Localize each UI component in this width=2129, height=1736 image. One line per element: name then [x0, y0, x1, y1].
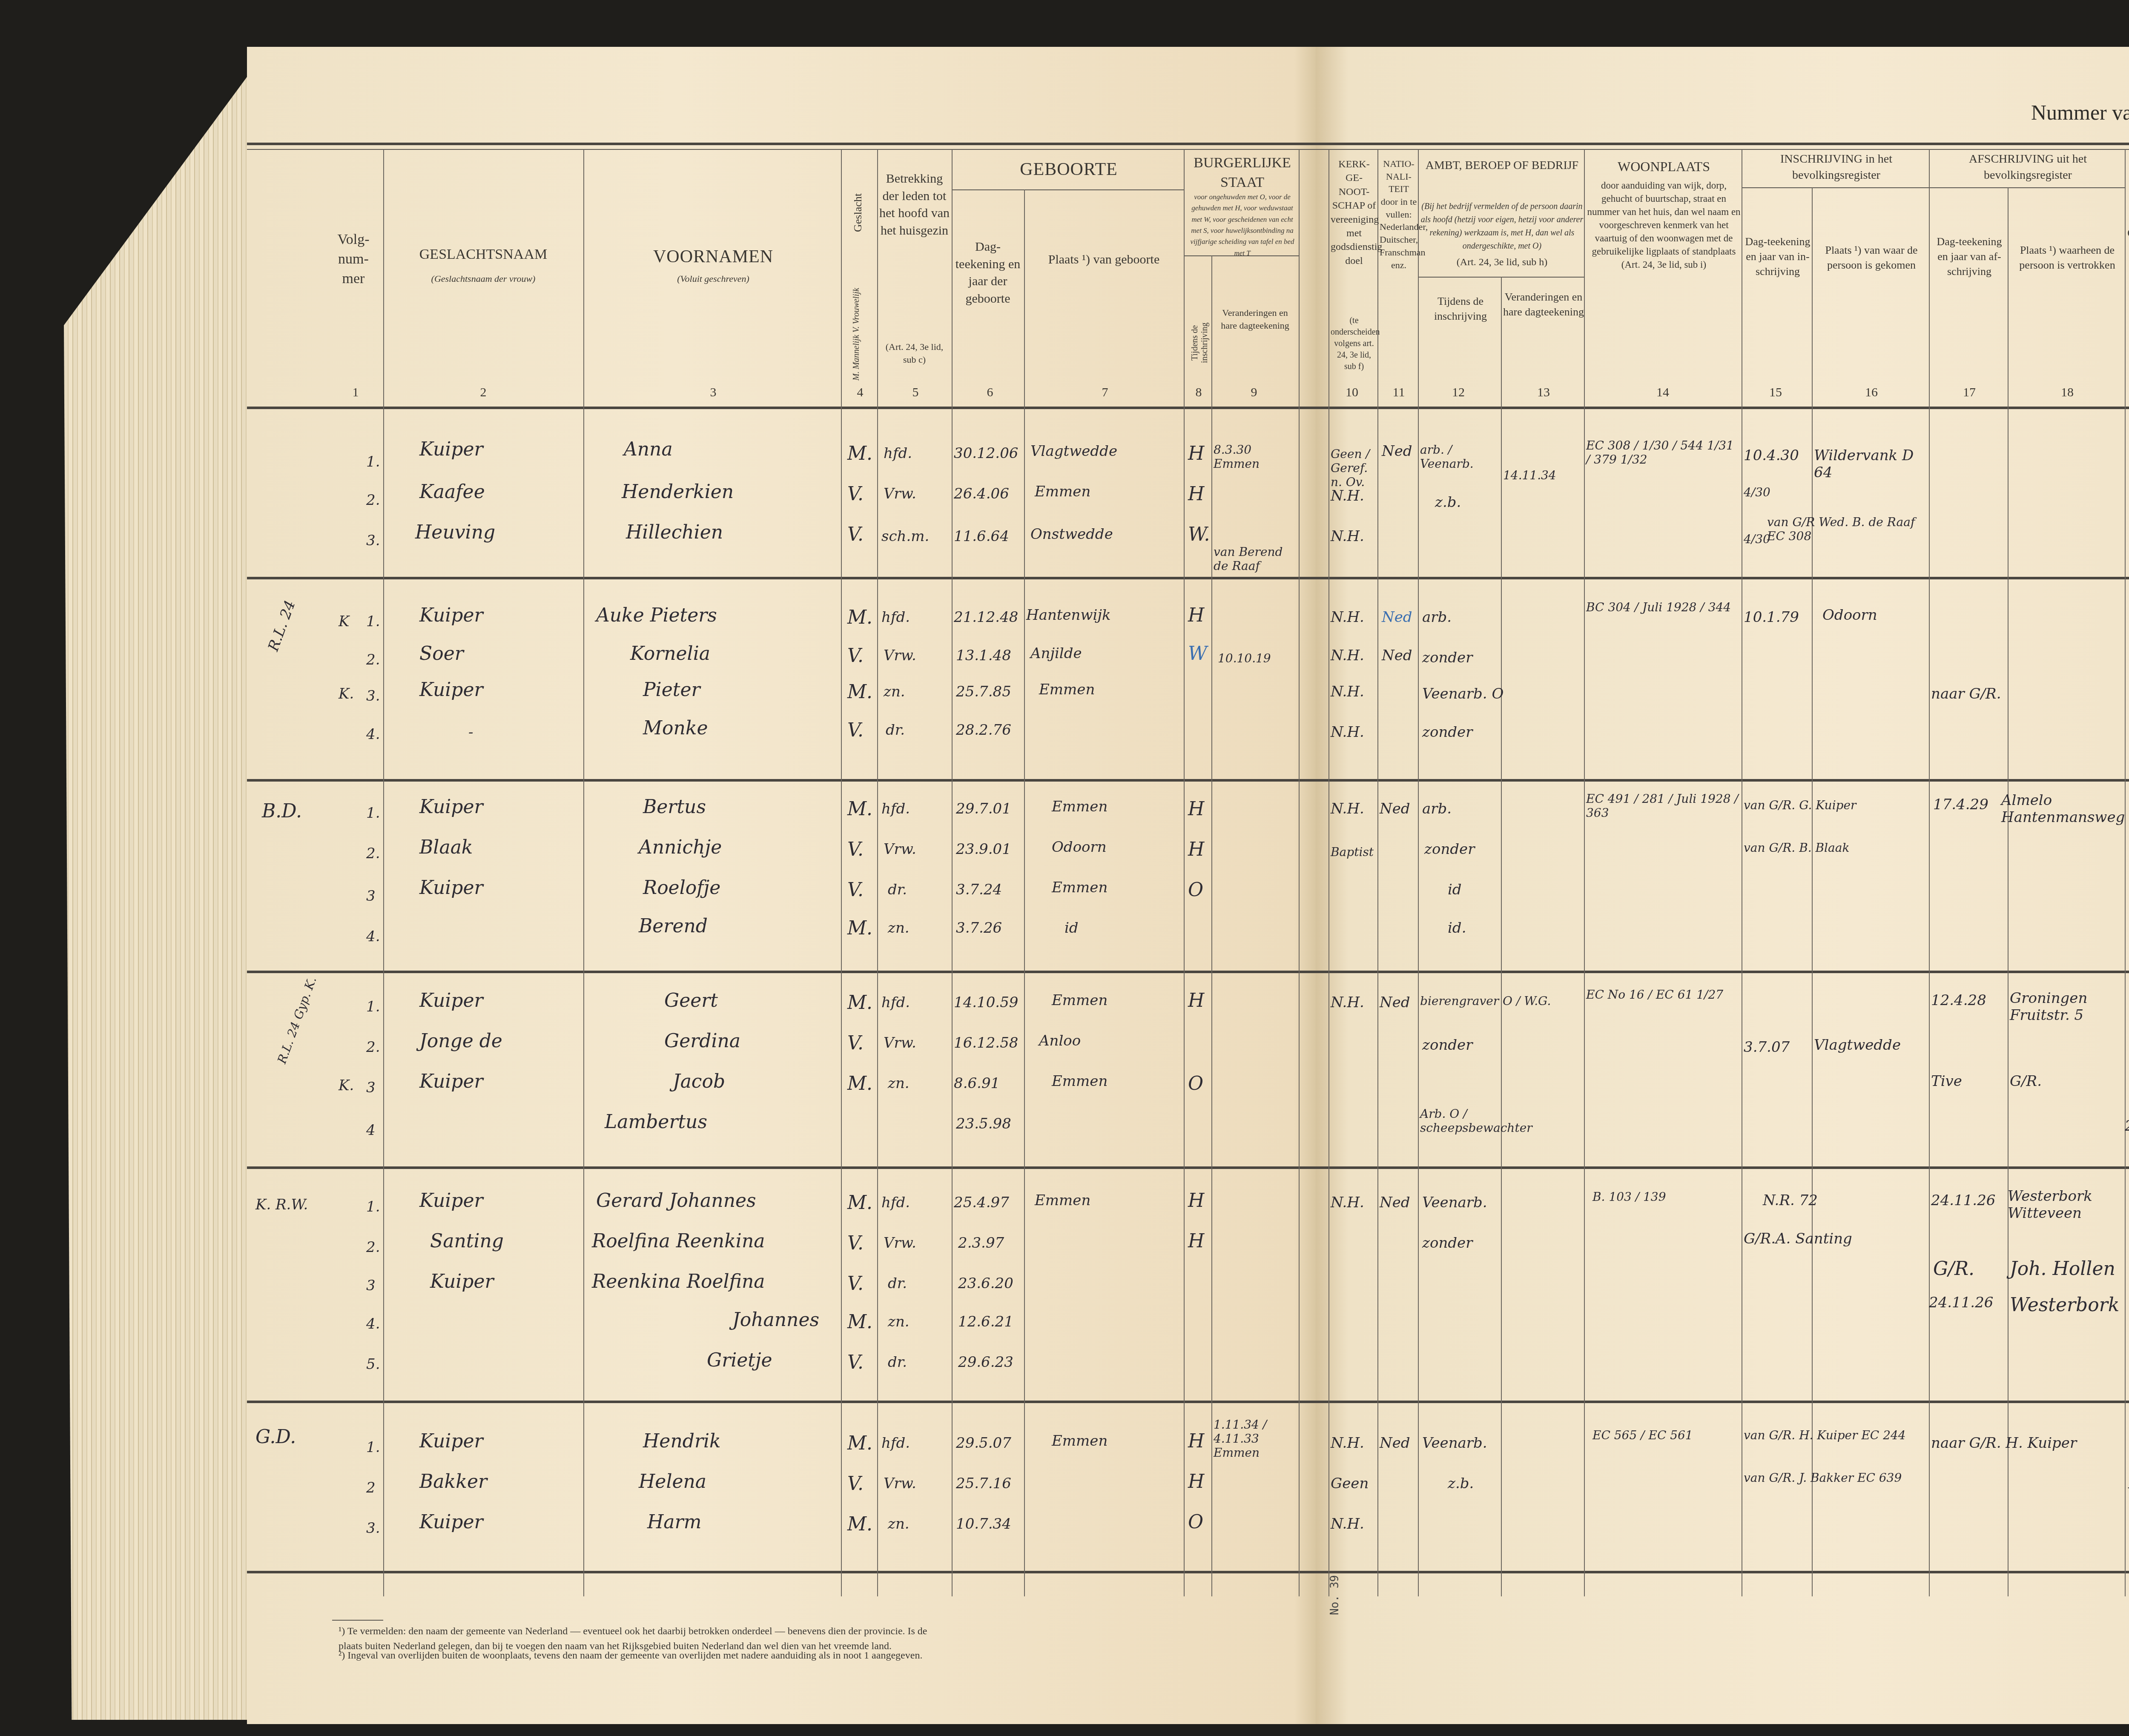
header-afschrijving-datum: Dag-teekening en jaar van af-schrijving — [1931, 234, 2008, 279]
colnum: 17 — [1959, 385, 1980, 400]
col-rule — [583, 149, 584, 1596]
sex: V. — [847, 645, 864, 667]
sex: V. — [847, 483, 864, 505]
col-rule — [1024, 189, 1025, 1596]
colnum: 11 — [1388, 385, 1409, 400]
relation: zn. — [888, 1313, 910, 1330]
civil-status: H — [1188, 604, 1204, 626]
sex: M. — [847, 1192, 872, 1214]
birth-date: 30.12.06 — [954, 445, 1018, 462]
registration-from: van G/R. B. Blaak — [1744, 841, 1849, 855]
relation: Vrw. — [884, 647, 916, 664]
death-date: 20.2.26 — [2125, 1117, 2129, 1134]
birth-date: 29.7.01 — [956, 800, 1011, 817]
surname: Kaafee — [419, 481, 485, 503]
relation: dr. — [886, 722, 905, 739]
given-names: Grietje — [707, 1349, 772, 1371]
family-separator — [247, 779, 2129, 782]
family-separator — [247, 1401, 2129, 1403]
birth-date: 25.7.16 — [956, 1475, 1011, 1492]
header-voornamen: VOORNAMEN — [588, 245, 839, 269]
col-rule — [1377, 149, 1378, 1596]
birth-place: Hantenwijk — [1026, 607, 1111, 624]
col-rule — [1299, 149, 1300, 1596]
occupation: arb. — [1422, 609, 1452, 626]
occupation: z.b. — [1435, 494, 1461, 511]
colnum: 12 — [1448, 385, 1469, 400]
header-burgerlijke-staat: BURGERLIJKE STAAT — [1186, 153, 1299, 192]
relation: zn. — [888, 1075, 910, 1092]
relation: hfd. — [881, 1194, 910, 1211]
residence: EC 491 / 281 / Juli 1928 / 363 — [1586, 792, 1739, 820]
church: N.H. — [1331, 724, 1364, 741]
surname: Jonge de — [419, 1030, 502, 1052]
header-voornamen-sub: (Voluit geschreven) — [588, 272, 839, 285]
row-number: 2 — [366, 1479, 376, 1496]
given-names: Geert — [664, 990, 718, 1011]
row-number: 1. — [366, 805, 380, 822]
church: N.H. — [1331, 994, 1364, 1011]
civil-status: H — [1188, 990, 1204, 1011]
birth-date: 23.9.01 — [956, 841, 1011, 858]
colnum: 4 — [849, 385, 871, 400]
header-overlijden: Dag-teekening en jaar van OVER-LIJDEN ²) — [2127, 196, 2129, 255]
given-names: Reenkina Roelfina — [592, 1271, 765, 1292]
header-geslacht-sub: M. Mannelijk V. Vrouwelijk — [852, 281, 869, 387]
civil-status-change: 8.3.30 Emmen — [1214, 443, 1294, 471]
relation: dr. — [888, 1354, 907, 1371]
birth-place: Emmen — [1052, 992, 1108, 1009]
header-ambt: AMBT, BEROEP OF BEDRIJF — [1420, 158, 1584, 174]
row-number: 3. — [366, 688, 380, 705]
registration-from: van G/R. J. Bakker EC 639 — [1744, 1471, 1927, 1485]
deregistration-date: G/R. — [1933, 1258, 1974, 1280]
birth-date: 28.2.76 — [956, 722, 1011, 739]
header-afschrijving-plaats: Plaats ¹) waarheen de persoon is vertrok… — [2010, 243, 2125, 272]
surname: Kuiper — [419, 1430, 483, 1452]
registration-from: N.R. 72 — [1763, 1192, 1818, 1209]
sex: M. — [847, 798, 872, 820]
birth-date: 26.4.06 — [954, 485, 1009, 502]
birth-place: Emmen — [1039, 681, 1095, 698]
relation: hfd. — [881, 1435, 910, 1452]
deregistration-destination: G/R. — [2010, 1073, 2042, 1090]
surname: Kuiper — [419, 1071, 483, 1092]
row-number: 1. — [366, 1198, 380, 1215]
deregistration-date: 12.4.28 — [1931, 992, 1986, 1009]
row-number: 3. — [366, 1520, 380, 1537]
given-names: Roelfina Reenkina — [592, 1230, 765, 1252]
surname: Kuiper — [419, 679, 483, 701]
deregistration-destination: naar G/R. H. Kuiper — [1931, 1435, 2077, 1452]
birth-place: Onstwedde — [1030, 526, 1113, 543]
row-number: 4. — [366, 1315, 380, 1332]
church: N.H. — [1331, 647, 1364, 664]
header-inschrijving-datum: Dag-teekening en jaar van in-schrijving — [1744, 234, 1812, 279]
civil-status: O — [1188, 1073, 1203, 1094]
row-number: 2. — [366, 1039, 380, 1056]
deregistration-date: 17.4.29 — [1933, 796, 1988, 813]
colnum: 3 — [703, 385, 724, 400]
sex: V. — [847, 1273, 864, 1295]
birth-date: 13.1.48 — [956, 647, 1011, 664]
registration-date: 10.4.30 — [1744, 447, 1799, 464]
given-names: Gerdina — [664, 1030, 740, 1052]
birth-place: Anloo — [1039, 1032, 1081, 1049]
header-geslachtsnaam-sub: (Geslachtsnaam der vrouw) — [387, 272, 579, 285]
sex: V. — [847, 879, 864, 901]
birth-date: 3.7.26 — [956, 920, 1002, 937]
given-names: Gerard Johannes — [596, 1190, 756, 1212]
colnum: 13 — [1533, 385, 1554, 400]
sex: V. — [847, 524, 864, 545]
occupation: z.b. — [1448, 1475, 1474, 1492]
surname: Kuiper — [419, 877, 483, 899]
given-names: Johannes — [732, 1309, 819, 1331]
nationality: Ned — [1382, 443, 1412, 460]
family-separator — [247, 577, 2129, 579]
header-inschrijving: INSCHRIJVING in het bevolkingsregister — [1744, 151, 1929, 183]
birth-place: Vlagtwedde — [1030, 443, 1117, 460]
page-marker: No. 39 — [1328, 1575, 1341, 1615]
birth-date: 29.5.07 — [956, 1435, 1011, 1452]
header-geboorte-datum: Dag-teekening en jaar der geboorte — [954, 238, 1022, 307]
church: N.H. — [1331, 1435, 1364, 1452]
row-number: 4 — [366, 1122, 376, 1139]
colnum: 10 — [1341, 385, 1363, 400]
sex: M. — [847, 1513, 872, 1535]
col-rule — [1812, 187, 1813, 1596]
sex: M. — [847, 681, 872, 703]
header-geboorte-plaats: Plaats ¹) van geboorte — [1026, 251, 1182, 269]
given-names: Jacob — [673, 1071, 725, 1092]
relation: dr. — [888, 1275, 907, 1292]
church: Geen / Geref. n. Ov. — [1331, 447, 1377, 489]
registration-from: van G/R Wed. B. de Raaf EC 308 — [1767, 515, 1929, 543]
civil-status: H — [1188, 798, 1204, 820]
given-names: Pieter — [643, 679, 700, 701]
birth-date: 16.12.58 — [954, 1034, 1018, 1051]
occupation: bierengraver O / W.G. — [1420, 994, 1582, 1008]
birth-place: Emmen — [1052, 879, 1108, 896]
sex: M. — [847, 992, 872, 1014]
header-kerkgenootschap-sub: (te onderscheiden volgens art. 24, 3e li… — [1331, 315, 1377, 372]
row-number: 5. — [366, 1356, 380, 1373]
relation: hfd. — [881, 994, 910, 1011]
sex: M. — [847, 443, 872, 464]
civil-status: H — [1188, 1471, 1204, 1493]
col-rule — [1328, 149, 1329, 1596]
residence: EC 308 / 1/30 / 544 1/31 / 379 1/32 — [1586, 438, 1739, 467]
sex: V. — [847, 1352, 864, 1373]
residence: EC 565 / EC 561 — [1592, 1428, 1737, 1442]
header-woonplaats: WOONPLAATS — [1586, 158, 1742, 176]
civil-status-change: 1.11.34 / 4.11.33 Emmen — [1214, 1418, 1299, 1460]
colnum: 6 — [979, 385, 1001, 400]
registration-from: Odoorn — [1822, 607, 1877, 624]
civil-status-change: van Berend de Raaf — [1214, 545, 1299, 573]
geboorte-rule — [952, 189, 1184, 190]
header-top-rule — [247, 143, 2129, 145]
col-rule — [952, 149, 953, 1596]
occupation: zonder — [1422, 1037, 1472, 1054]
occupation: Veenarb. — [1422, 1435, 1487, 1452]
surname: Kuiper — [419, 438, 483, 460]
header-top-rule-thin — [247, 149, 2129, 150]
sex: M. — [847, 1432, 872, 1454]
occupation: zonder — [1424, 841, 1475, 858]
occupation: Veenarb. O — [1422, 685, 1503, 702]
col-rule — [1211, 255, 1212, 1596]
birth-date: 10.7.34 — [956, 1515, 1011, 1533]
civil-status: W. — [1188, 524, 1210, 545]
sheet-number-label: Nummer van het blad — [2031, 100, 2129, 125]
birth-date: 23.5.98 — [956, 1115, 1011, 1132]
occupation: id. — [1448, 920, 1466, 937]
civil-status: O — [1188, 879, 1203, 901]
surname: - — [468, 724, 473, 741]
header-nationaliteit: NATIO-NALI-TEIT door in te vullen: Neder… — [1380, 158, 1418, 271]
col-rule — [1418, 149, 1419, 1596]
surname: Blaak — [419, 836, 473, 858]
row-number: 3 — [366, 888, 376, 905]
civil-status: H — [1188, 839, 1204, 860]
col-rule — [1929, 149, 1930, 1596]
row-number: 3 — [366, 1277, 376, 1294]
nationality: Ned — [1380, 1194, 1410, 1211]
row-number: 3. — [366, 532, 380, 549]
deregistration-destination: Joh. Hollen — [2010, 1258, 2115, 1280]
surname: Heuving — [415, 521, 495, 543]
given-names: Kornelia — [630, 643, 710, 665]
surname: Soer — [419, 643, 464, 665]
header-ambt-art: (Art. 24, 3e lid, sub h) — [1420, 255, 1584, 269]
row-number: 2. — [366, 492, 380, 509]
registration-from: G/R.A. Santing — [1744, 1230, 1852, 1247]
deregistration-date: Tive — [1931, 1073, 1962, 1090]
relation: Vrw. — [884, 485, 916, 502]
colnum: 1 — [345, 385, 366, 400]
occupation: Arb. O / scheepsbewachter — [1420, 1107, 1582, 1135]
birth-date: 23.6.20 — [958, 1275, 1013, 1292]
header-betrekking: Betrekking der leden tot het hoofd van h… — [879, 170, 950, 239]
colnum: 5 — [905, 385, 926, 400]
sex: V. — [847, 1232, 864, 1254]
birth-place: Odoorn — [1052, 839, 1107, 856]
relation: sch.m. — [881, 528, 929, 545]
colnum: 8 — [1188, 385, 1209, 400]
margin-mark: K — [339, 613, 349, 630]
margin-mark: K. — [339, 685, 354, 702]
deregistration-destination: naar G/R. — [1931, 685, 2001, 702]
residence: BC 304 / Juli 1928 / 344 — [1586, 600, 1739, 614]
header-ambt-tijdens: Tijdens de inschrijving — [1420, 294, 1501, 324]
church: N.H. — [1331, 683, 1364, 700]
header-volgnummer: Volg-num-mer — [332, 230, 375, 289]
birth-place: Emmen — [1052, 798, 1108, 815]
row-number: 3 — [366, 1079, 376, 1096]
row-number: 1. — [366, 1439, 380, 1456]
registration-date: 4/30 — [1744, 485, 1770, 499]
margin-note: B.D. — [262, 800, 302, 822]
colnum: 16 — [1861, 385, 1882, 400]
margin-note: G.D. — [255, 1426, 296, 1448]
registration-date: 3.7.07 — [1744, 1039, 1790, 1056]
given-names: Berend — [639, 915, 708, 937]
row-number: 1. — [366, 453, 380, 470]
colnum: 14 — [1652, 385, 1673, 400]
footnote-rule — [332, 1620, 383, 1621]
residence: B. 103 / 139 — [1592, 1190, 1737, 1204]
deregistration-destination: Almelo Hantenmansweg 37 — [2001, 792, 2129, 826]
given-names: Henderkien — [622, 481, 734, 503]
surname: Bakker — [419, 1471, 487, 1493]
church: N.H. — [1331, 1194, 1364, 1211]
church: Baptist — [1331, 845, 1374, 859]
sex: V. — [847, 1473, 864, 1495]
colnum: 7 — [1094, 385, 1116, 400]
birth-date: 25.7.85 — [956, 683, 1011, 700]
birth-place: Emmen — [1052, 1432, 1108, 1450]
church: N.H. — [1331, 487, 1364, 504]
header-afschrijving: AFSCHRIJVING uit het bevolkingsregister — [1931, 151, 2125, 183]
margin-note: K. R.W. — [255, 1196, 308, 1213]
given-names: Auke Pieters — [596, 604, 717, 626]
given-names: Annichje — [639, 836, 722, 858]
death-date: 1.11.34. — [2127, 1475, 2129, 1492]
family-separator — [247, 1571, 2129, 1573]
given-names: Bertus — [643, 796, 706, 818]
birth-place: id — [1064, 920, 1079, 937]
relation: Vrw. — [884, 1034, 916, 1051]
family-separator — [247, 971, 2129, 973]
header-inschrijving-plaats: Plaats ¹) van waar de persoon is gekomen — [1814, 243, 1929, 272]
nationality: Ned — [1382, 647, 1412, 664]
row-number: 1. — [366, 613, 380, 630]
row-number: 4. — [366, 726, 380, 743]
occupation: zonder — [1422, 1235, 1472, 1252]
relation: hfd. — [881, 800, 910, 817]
civil-status: W — [1188, 643, 1207, 665]
civil-status: H — [1188, 1190, 1204, 1212]
surname: Kuiper — [419, 990, 483, 1011]
col-rule — [1742, 149, 1742, 1596]
deregistration-destination: Groningen Fruitstr. 5 — [2010, 990, 2125, 1024]
occupation: zonder — [1422, 724, 1472, 741]
surname: Kuiper — [419, 604, 483, 626]
nationality: Ned — [1380, 994, 1410, 1011]
birth-place: Emmen — [1052, 1073, 1108, 1090]
header-geboorte: GEBOORTE — [954, 158, 1184, 182]
registration-from: Vlagtwedde — [1814, 1037, 1901, 1054]
birth-date: 3.7.24 — [956, 881, 1002, 898]
civil-status: H — [1188, 443, 1204, 464]
header-bs-note: voor ongehuwden met O, voor de gehuwden … — [1186, 192, 1299, 259]
footnote-2: ²) Ingeval van overlijden buiten de woon… — [339, 1648, 952, 1663]
occupation: Veenarb. — [1422, 1194, 1487, 1211]
header-ambt-veranderingen: Veranderingen en hare dagteekening — [1503, 289, 1584, 319]
sex: V. — [847, 1032, 864, 1054]
given-names: Hendrik — [643, 1430, 721, 1452]
left-page — [247, 47, 1316, 1724]
sex: M. — [847, 607, 872, 628]
header-kerkgenootschap: KERK-GE-NOOT-SCHAP of vereeniging met go… — [1331, 158, 1377, 268]
deregistration-date: 24.11.26 — [1931, 1192, 1995, 1209]
birth-date: 14.10.59 — [954, 994, 1018, 1011]
register-scan: Nummer van het blad No. 39 Volg-num-mer … — [0, 0, 2129, 1736]
header-bs-veranderingen: Veranderingen en hare dagteekening — [1214, 307, 1297, 332]
surname: Kuiper — [419, 796, 483, 818]
col-rule — [1184, 149, 1185, 1596]
occupation: arb. / Veenarb. — [1420, 443, 1501, 471]
colnum: 9 — [1243, 385, 1265, 400]
birth-place: Emmen — [1035, 1192, 1090, 1209]
registration-from: van G/R. H. Kuiper EC 244 — [1744, 1428, 1927, 1442]
col-rule — [841, 149, 842, 1596]
afschrijving-rule — [1929, 187, 2125, 188]
surname: Kuiper — [430, 1271, 494, 1292]
margin-mark: K. — [339, 1077, 354, 1094]
birth-place: Anjilde — [1030, 645, 1082, 662]
colnum: 18 — [2057, 385, 2078, 400]
header-bs-tijdens: Tijdens de inschrijving — [1190, 307, 1207, 379]
header-geslacht: Geslacht — [852, 170, 869, 255]
sex: M. — [847, 1073, 872, 1094]
relation: zn. — [888, 1515, 910, 1533]
nationality: Ned — [1380, 1435, 1410, 1452]
registration-from: van G/R. G. Kuiper — [1744, 798, 1856, 812]
col-rule — [383, 149, 384, 1596]
birth-date: 2.3.97 — [958, 1235, 1004, 1252]
colnum: 2 — [473, 385, 494, 400]
relation: zn. — [884, 683, 905, 700]
birth-date: 29.6.23 — [958, 1354, 1013, 1371]
deregistration-destination: Westerbork — [2010, 1294, 2119, 1316]
registration-date: 4/30 — [1744, 532, 1770, 546]
page-edges — [64, 60, 260, 1720]
birth-date: 11.6.64 — [954, 528, 1009, 545]
deregistration-date: 24.11.26 — [1929, 1294, 1993, 1311]
col-rule — [1584, 149, 1585, 1596]
surname: Kuiper — [419, 1511, 483, 1533]
nationality: Ned — [1382, 609, 1412, 626]
relation: zn. — [888, 920, 910, 937]
sex: M. — [847, 1311, 872, 1333]
given-names: Anna — [624, 438, 673, 460]
sex: V. — [847, 719, 864, 741]
header-woonplaats-sub: door aanduiding van wijk, dorp, gehucht … — [1586, 179, 1742, 271]
birth-date: 21.12.48 — [954, 609, 1018, 626]
given-names: Roelofje — [643, 877, 720, 899]
relation: dr. — [888, 881, 907, 898]
col-rule — [2008, 187, 2008, 1596]
occupation-change: 14.11.34 — [1503, 468, 1556, 482]
birth-date: 25.4.97 — [954, 1194, 1009, 1211]
header-geslachtsnaam: GESLACHTSNAAM — [387, 245, 579, 264]
header-ambt-note: (Bij het bedrijf vermelden of de persoon… — [1420, 200, 1584, 253]
occupation: id — [1448, 881, 1462, 898]
header-bottom-rule — [247, 407, 2129, 409]
row-number: 4. — [366, 928, 380, 945]
header-betrekking-sub: (Art. 24, 3e lid, sub c) — [879, 341, 950, 366]
church: N.H. — [1331, 609, 1364, 626]
col-rule — [877, 149, 878, 1596]
church: N.H. — [1331, 1515, 1364, 1533]
nationality: Ned — [1380, 800, 1410, 817]
civil-status: O — [1188, 1511, 1203, 1533]
given-names: Monke — [643, 717, 708, 739]
col-rule — [1501, 277, 1502, 1596]
